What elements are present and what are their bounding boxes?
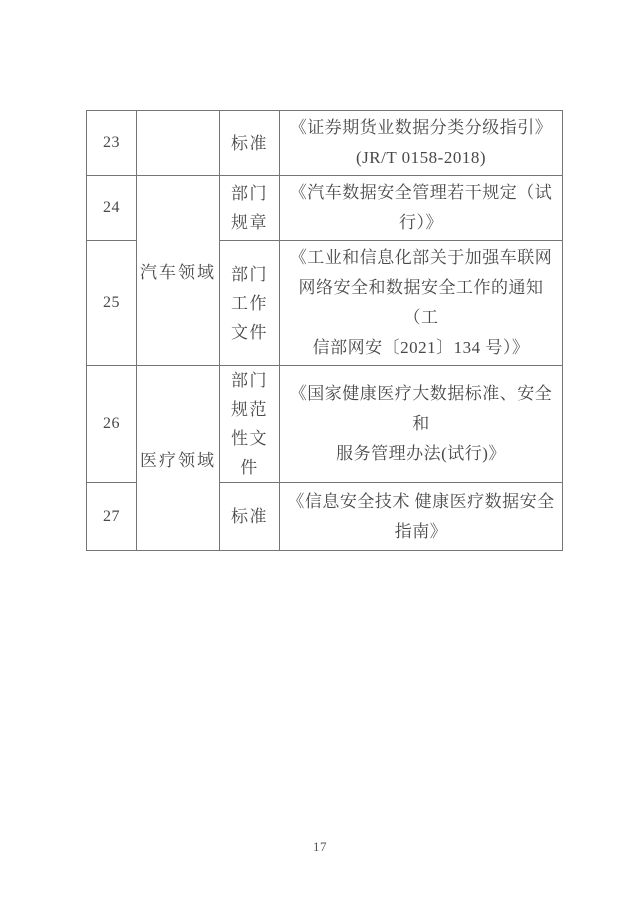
doc-title-cell: 《信息安全技术 健康医疗数据安全 指南》 [280, 483, 563, 551]
table-row: 26 医疗领域 部门 规范 性文 件 《国家健康医疗大数据标准、安全和 服务管理… [87, 366, 563, 483]
row-number-cell: 25 [87, 241, 137, 366]
doc-title-cell: 《工业和信息化部关于加强车联网 网络安全和数据安全工作的通知（工 信部网安〔20… [280, 241, 563, 366]
doc-title-cell: 《证券期货业数据分类分级指引》 (JR/T 0158-2018) [280, 111, 563, 176]
domain-cell [137, 111, 220, 176]
domain-cell: 汽车领域 [137, 176, 220, 366]
domain-cell: 医疗领域 [137, 366, 220, 551]
table-row: 24 汽车领域 部门 规章 《汽车数据安全管理若干规定（试 行）》 [87, 176, 563, 241]
doc-type-cell: 部门 工作 文件 [220, 241, 280, 366]
page-number: 17 [0, 839, 640, 855]
doc-type-cell: 标准 [220, 483, 280, 551]
row-number-cell: 23 [87, 111, 137, 176]
doc-type-cell: 标准 [220, 111, 280, 176]
document-page: 23 标准 《证券期货业数据分类分级指引》 (JR/T 0158-2018) 2… [0, 0, 640, 905]
doc-type-cell: 部门 规章 [220, 176, 280, 241]
row-number-cell: 24 [87, 176, 137, 241]
row-number-cell: 26 [87, 366, 137, 483]
doc-type-cell: 部门 规范 性文 件 [220, 366, 280, 483]
doc-title-cell: 《国家健康医疗大数据标准、安全和 服务管理办法(试行)》 [280, 366, 563, 483]
table-row: 23 标准 《证券期货业数据分类分级指引》 (JR/T 0158-2018) [87, 111, 563, 176]
row-number-cell: 27 [87, 483, 137, 551]
doc-title-cell: 《汽车数据安全管理若干规定（试 行）》 [280, 176, 563, 241]
regulations-table: 23 标准 《证券期货业数据分类分级指引》 (JR/T 0158-2018) 2… [86, 110, 563, 551]
